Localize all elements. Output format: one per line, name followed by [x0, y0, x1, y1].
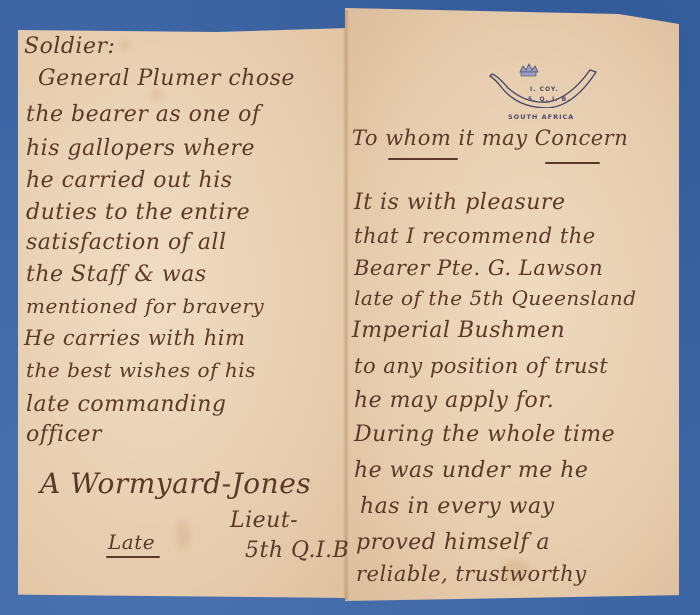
left-line: late commanding — [26, 394, 226, 416]
left-line: mentioned for bravery — [26, 296, 264, 316]
stain — [120, 40, 130, 50]
right-line: Bearer Pte. G. Lawson — [354, 258, 603, 279]
right-line: proved himself a — [356, 532, 550, 554]
right-line: It is with pleasure — [354, 192, 565, 214]
company-label: I. COY. — [530, 86, 559, 93]
right-line: he may apply for. — [354, 390, 554, 412]
right-line: that I recommend the — [354, 226, 596, 247]
regiment-label: 5th Q.I.B — [245, 540, 349, 562]
left-line: duties to the entire — [26, 202, 250, 224]
left-line: He carries with him — [24, 328, 245, 349]
left-line: officer — [26, 424, 102, 446]
left-line: the bearer as one of — [26, 104, 261, 126]
late-underline — [106, 556, 160, 558]
rank-label: Lieut- — [230, 510, 298, 532]
late-label: Late — [108, 532, 155, 552]
stain — [175, 520, 191, 550]
salutation-underline — [545, 162, 600, 164]
right-line: Imperial Bushmen — [352, 320, 565, 342]
left-line: the best wishes of his — [26, 360, 256, 380]
right-line: During the whole time — [354, 424, 615, 446]
left-line: the Staff & was — [26, 264, 207, 286]
right-line: to any position of trust — [354, 356, 608, 377]
left-line: satisfaction of all — [26, 232, 227, 254]
location-label: SOUTH AFRICA — [508, 113, 574, 121]
unit-label: 5. Q. I. B. — [528, 96, 570, 103]
left-line: General Plumer chose — [38, 68, 295, 90]
salutation: To whom it may Concern — [352, 128, 628, 149]
left-line: he carried out his — [26, 170, 233, 192]
page-fold — [343, 10, 349, 600]
salutation-underline — [388, 158, 458, 160]
right-line: has in every way — [360, 496, 555, 518]
left-line: Soldier: — [24, 36, 115, 58]
left-line: his gallopers where — [26, 138, 255, 160]
right-line: he was under me he — [354, 460, 588, 482]
right-line: late of the 5th Queensland — [354, 288, 637, 308]
stain — [150, 90, 164, 100]
right-line: reliable, trustworthy — [356, 564, 587, 585]
signature: A Wormyard-Jones — [40, 470, 311, 498]
letterhead-crest: I. COY. 5. Q. I. B. SOUTH AFRICA — [488, 58, 598, 120]
